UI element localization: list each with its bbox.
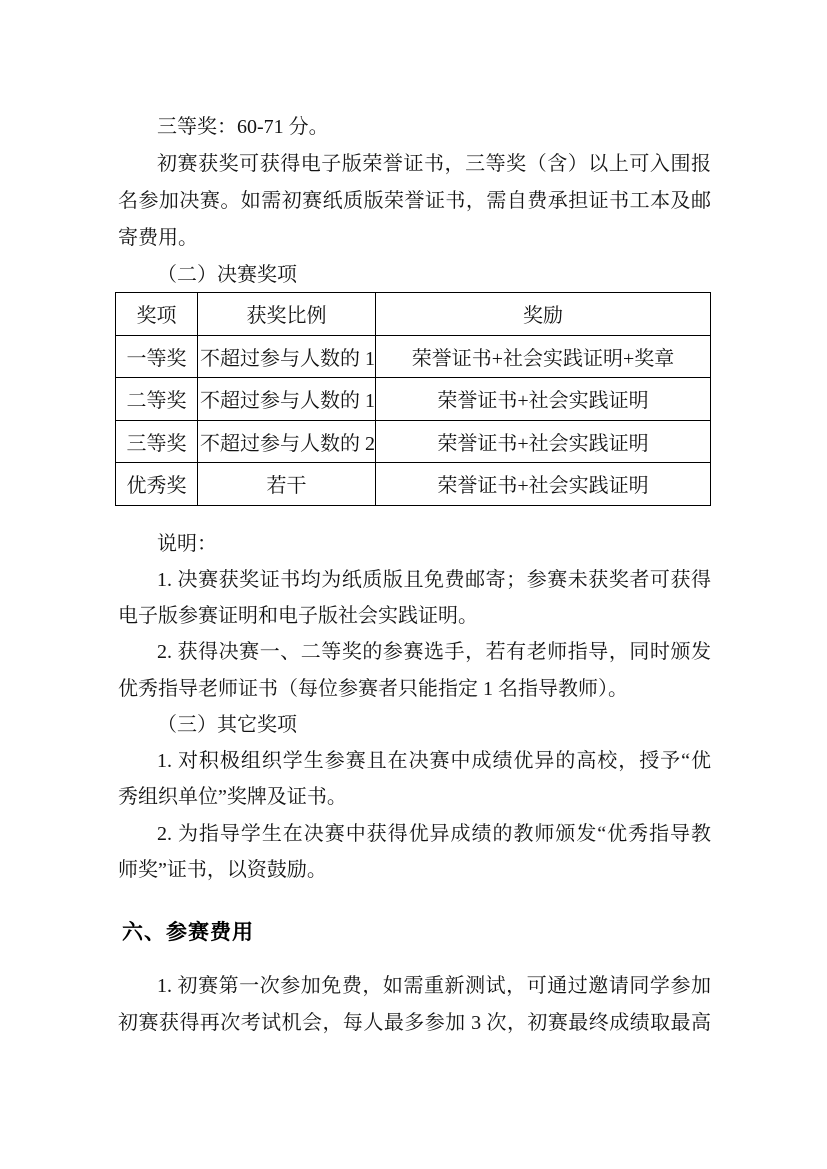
table-cell-reward: 荣誉证书+社会实践证明+奖章 xyxy=(376,335,711,378)
other-awards-subsection-title: （三）其它奖项 xyxy=(118,707,711,743)
table-cell-ratio: 不超过参与人数的 10% xyxy=(198,335,376,378)
table-cell-ratio: 不超过参与人数的 15% xyxy=(198,378,376,421)
note-2-line-2: 优秀指导老师证书（每位参赛者只能指定 1 名指导教师）。 xyxy=(118,671,711,707)
table-row-excellence-prize: 优秀奖 若干 荣誉证书+社会实践证明 xyxy=(116,463,711,506)
other-award-2-line-1: 2. 为指导学生在决赛中获得优异成绩的教师颁发“优秀指导教 xyxy=(118,816,711,852)
other-award-1-line-1: 1. 对积极组织学生参赛且在决赛中成绩优异的高校，授予“优 xyxy=(118,743,711,779)
prelim-cert-paragraph-line-3: 寄费用。 xyxy=(118,220,711,257)
fee-paragraph-line-2: 初赛获得再次考试机会，每人最多参加 3 次，初赛最终成绩取最高 xyxy=(118,1005,711,1042)
prelim-cert-paragraph-line-2: 名参加决赛。如需初赛纸质版荣誉证书，需自费承担证书工本及邮 xyxy=(118,183,711,220)
table-cell-ratio: 若干 xyxy=(198,463,376,506)
document-page: 三等奖：60-71 分。 初赛获奖可获得电子版荣誉证书，三等奖（含）以上可入围报… xyxy=(0,0,827,1169)
note-1-line-1: 1. 决赛获奖证书均为纸质版且免费邮寄；参赛未获奖者可获得 xyxy=(118,562,711,598)
table-header-cell-award: 奖项 xyxy=(116,293,198,336)
table-cell-award: 一等奖 xyxy=(116,335,198,378)
fee-paragraph-line-1: 1. 初赛第一次参加免费，如需重新测试，可通过邀请同学参加 xyxy=(118,968,711,1005)
table-row-second-prize: 二等奖 不超过参与人数的 15% 荣誉证书+社会实践证明 xyxy=(116,378,711,421)
third-prize-score-line: 三等奖：60-71 分。 xyxy=(118,109,711,146)
prelim-cert-paragraph-line-1: 初赛获奖可获得电子版荣誉证书，三等奖（含）以上可入围报 xyxy=(118,146,711,183)
table-cell-award: 三等奖 xyxy=(116,420,198,463)
final-awards-subsection-title: （二）决赛奖项 xyxy=(118,257,711,294)
note-1-line-2: 电子版参赛证明和电子版社会实践证明。 xyxy=(118,598,711,634)
table-cell-reward: 荣誉证书+社会实践证明 xyxy=(376,463,711,506)
table-cell-reward: 荣誉证书+社会实践证明 xyxy=(376,378,711,421)
table-row-third-prize: 三等奖 不超过参与人数的 25% 荣誉证书+社会实践证明 xyxy=(116,420,711,463)
table-row-first-prize: 一等奖 不超过参与人数的 10% 荣誉证书+社会实践证明+奖章 xyxy=(116,335,711,378)
other-award-2-line-2: 师奖”证书，以资鼓励。 xyxy=(118,852,711,888)
awards-table: 奖项 获奖比例 奖励 一等奖 不超过参与人数的 10% 荣誉证书+社会实践证明+… xyxy=(115,292,711,506)
notes-label: 说明： xyxy=(118,526,711,562)
other-award-1-line-2: 秀组织单位”奖牌及证书。 xyxy=(118,779,711,815)
document-content: 三等奖：60-71 分。 初赛获奖可获得电子版荣誉证书，三等奖（含）以上可入围报… xyxy=(118,109,711,1042)
table-cell-award: 优秀奖 xyxy=(116,463,198,506)
note-2-line-1: 2. 获得决赛一、二等奖的参赛选手，若有老师指导，同时颁发 xyxy=(118,634,711,670)
table-cell-reward: 荣誉证书+社会实践证明 xyxy=(376,420,711,463)
table-header-cell-reward: 奖励 xyxy=(376,293,711,336)
table-cell-ratio: 不超过参与人数的 25% xyxy=(198,420,376,463)
fee-section-heading: 六、参赛费用 xyxy=(118,914,711,951)
table-cell-award: 二等奖 xyxy=(116,378,198,421)
table-header-cell-ratio: 获奖比例 xyxy=(198,293,376,336)
table-header-row: 奖项 获奖比例 奖励 xyxy=(116,293,711,336)
